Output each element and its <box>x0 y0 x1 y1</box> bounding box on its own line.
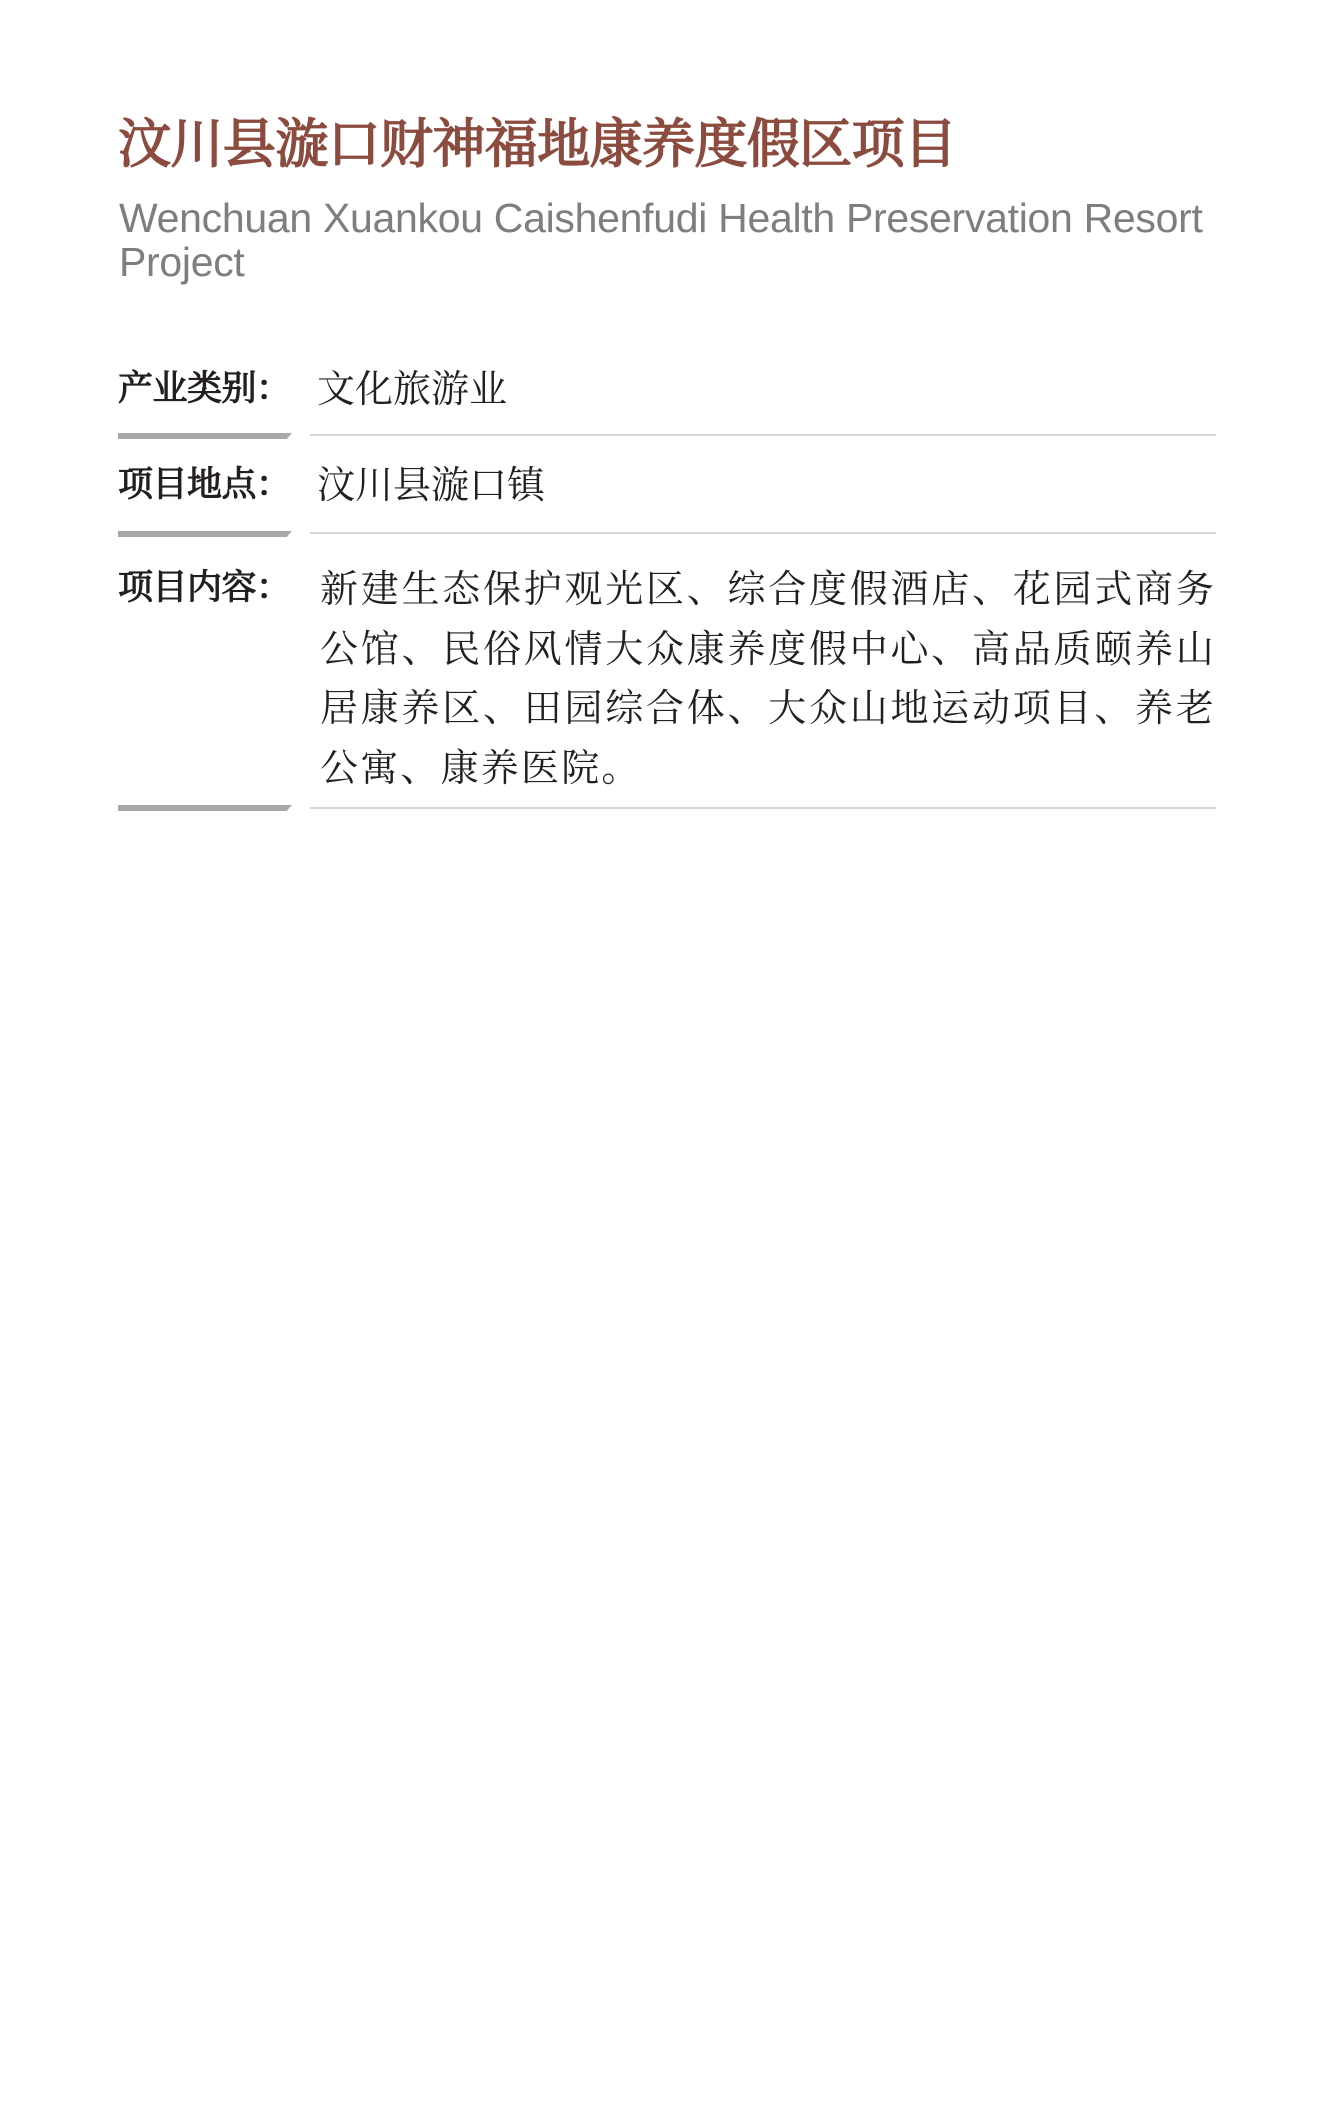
label-underline-bar <box>118 805 292 811</box>
industry-category-label: 产业类别： <box>118 367 291 411</box>
project-location-value: 汶川县漩口镇 <box>317 463 545 507</box>
row-divider <box>310 434 1216 436</box>
project-content-value: 新建生态保护观光区、综合度假酒店、花园式商务公馆、民俗风情大众康养度假中心、高品… <box>320 560 1216 798</box>
project-location-label: 项目地点： <box>118 463 291 507</box>
row-divider <box>310 807 1216 809</box>
project-title-english: Wenchuan Xuankou Caishenfudi Health Pres… <box>119 196 1229 284</box>
project-content-label: 项目内容： <box>118 566 291 610</box>
industry-category-value: 文化旅游业 <box>317 367 507 411</box>
label-underline-bar <box>118 531 292 537</box>
row-divider <box>310 532 1216 534</box>
document-page: 汶川县漩口财神福地康养度假区项目 Wenchuan Xuankou Caishe… <box>0 0 1334 2102</box>
project-title-chinese: 汶川县漩口财神福地康养度假区项目 <box>118 114 956 176</box>
label-underline-bar <box>118 433 292 439</box>
